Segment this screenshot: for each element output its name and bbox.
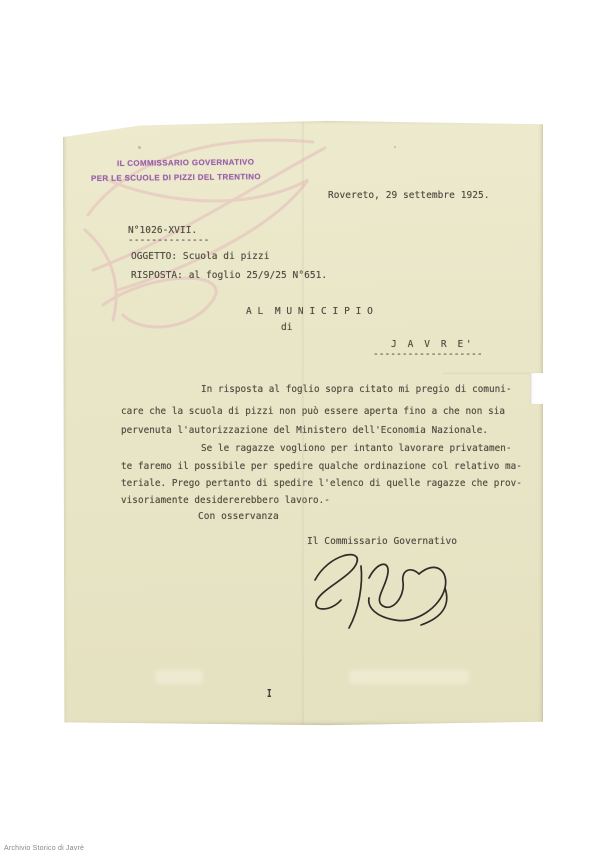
office-stamp-line-1: IL COMMISSARIO GOVERNATIVO [117,158,254,168]
typed-line: pervenuta l'autorizzazione del Ministero… [121,425,488,436]
handwritten-signature [303,548,463,633]
dateline: Rovereto, 29 settembre 1925. [328,190,490,201]
watermark-ghost [349,670,469,684]
reference-line: RISPOSTA: al foglio 25/9/25 N°651. [131,270,327,281]
recipient-underline: ------------------- [373,349,483,360]
paper-stain [138,146,141,149]
recipient-di: di [281,322,293,333]
typed-line: te faremo il possibile per spedire qualc… [121,461,522,472]
watermark-ghost [155,670,203,684]
typed-line: teriale. Prego pertanto di spedire l'ele… [121,478,522,489]
typed-line: visoriamente desidererebbero lavoro.- [121,495,330,506]
office-stamp-line-2: PER LE SCUOLE DI PIZZI DEL TRENTINO [91,172,261,183]
closing-salutation: Con osservanza [198,511,279,522]
recipient-municipio: A L M U N I C I P I O [246,306,373,317]
scanned-document-background: IL COMMISSARIO GOVERNATIVO PER LE SCUOLE… [0,0,600,857]
page-mark: I [267,688,272,699]
typed-line: In risposta al foglio sopra citato mi pr… [121,384,512,395]
horizontal-crease [443,373,543,375]
protocol-underline: -------------- [128,235,209,246]
signer-title: Il Commissario Governativo [307,536,457,547]
subject-line: OGGETTO: Scuola di pizzi [131,251,269,262]
typed-line: care che la scuola di pizzi non può esse… [121,406,505,417]
typed-line: Se le ragazze vogliono per intanto lavor… [121,443,512,454]
archive-caption: Archivio Storico di Javrè [4,845,84,852]
letter-paper: IL COMMISSARIO GOVERNATIVO PER LE SCUOLE… [63,120,543,726]
torn-edge-notch [530,373,545,404]
vertical-fold-crease [302,120,304,726]
paper-stain [394,146,396,148]
